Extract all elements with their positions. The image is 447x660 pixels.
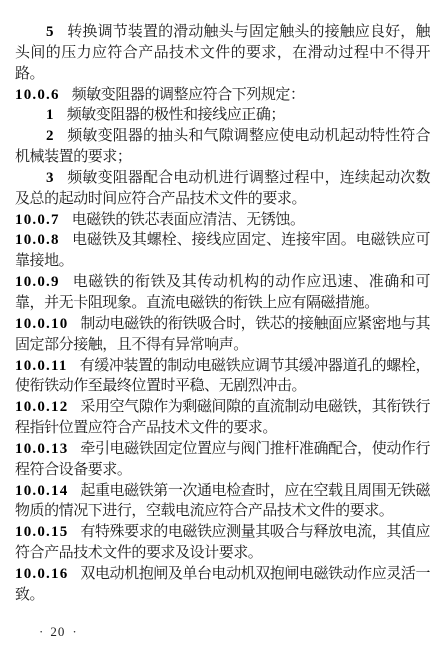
paragraph-item-2: 2频敏变阻器的抽头和气隙调整应使电动机起动特性符合机械装置的要求； xyxy=(15,126,430,168)
clause-number: 10.0.6 xyxy=(15,87,60,103)
paragraph-clause-10-0-9: 10.0.9电磁铁的衔铁及其传动机构的动作应迅速、准确和可靠，并无卡阻现象。直流… xyxy=(15,272,430,314)
clause-text: 制动电磁铁的衔铁吸合时，铁芯的接触面应紧密地与其固定部分接触，且不得有异常响声。 xyxy=(15,316,430,353)
paragraph-item-5: 5转换调节装置的滑动触头与固定触头的接触应良好，触头间的压力应符合产品技术文件的… xyxy=(15,22,430,85)
clause-text: 双电动机抱闸及单台电动机双抱闸电磁铁动作应灵活一致。 xyxy=(15,566,430,603)
clause-text: 电磁铁的衔铁及其传动机构的动作应迅速、准确和可靠，并无卡阻现象。直流电磁铁的衔铁… xyxy=(15,274,430,311)
subitem-number: 1 xyxy=(46,107,55,123)
paragraph-item-3: 3频敏变阻器配合电动机进行调整过程中，连续起动次数及总的起动时间应符合产品技术文… xyxy=(15,168,430,210)
subitem-number: 5 xyxy=(46,24,55,40)
page-footer: · 20 · xyxy=(39,624,77,640)
clause-number: 10.0.7 xyxy=(15,212,60,228)
clause-text: 电磁铁的铁芯表面应清洁、无锈蚀。 xyxy=(72,212,305,228)
paragraph-clause-10-0-6: 10.0.6频敏变阻器的调整应符合下列规定： xyxy=(15,85,430,106)
clause-number: 10.0.9 xyxy=(15,274,60,290)
clause-text: 牵引电磁铁固定位置应与阀门推杆准确配合，使动作行程符合设备要求。 xyxy=(15,441,430,478)
paragraph-clause-10-0-8: 10.0.8电磁铁及其螺栓、接线应固定、连接牢固。电磁铁应可靠接地。 xyxy=(15,230,430,272)
clause-number: 10.0.10 xyxy=(15,316,68,332)
paragraph-clause-10-0-15: 10.0.15有特殊要求的电磁铁应测量其吸合与释放电流，其值应符合产品技术文件的… xyxy=(15,522,430,564)
clause-text: 有特殊要求的电磁铁应测量其吸合与释放电流，其值应符合产品技术文件的要求及设计要求… xyxy=(15,524,430,561)
clause-text: 采用空气隙作为剩磁间隙的直流制动电磁铁，其衔铁行程指针位置应符合产品技术文件的要… xyxy=(15,399,430,436)
paragraph-clause-10-0-16: 10.0.16双电动机抱闸及单台电动机双抱闸电磁铁动作应灵活一致。 xyxy=(15,564,430,606)
clause-number: 10.0.16 xyxy=(15,566,68,582)
clause-number: 10.0.11 xyxy=(15,358,68,374)
paragraph-clause-10-0-12: 10.0.12采用空气隙作为剩磁间隙的直流制动电磁铁，其衔铁行程指针位置应符合产… xyxy=(15,397,430,439)
clause-number: 10.0.8 xyxy=(15,232,60,248)
paragraph-clause-10-0-10: 10.0.10制动电磁铁的衔铁吸合时，铁芯的接触面应紧密地与其固定部分接触，且不… xyxy=(15,314,430,356)
subitem-text: 频敏变阻器配合电动机进行调整过程中，连续起动次数及总的起动时间应符合产品技术文件… xyxy=(15,170,430,207)
clause-text: 有缓冲装置的制动电磁铁应调节其缓冲器道孔的螺栓，使衔铁动作至最终位置时平稳、无剧… xyxy=(15,358,430,395)
footer-right-dot: · xyxy=(72,624,76,640)
subitem-text: 频敏变阻器的抽头和气隙调整应使电动机起动特性符合机械装置的要求； xyxy=(15,128,430,165)
clause-number: 10.0.13 xyxy=(15,441,68,457)
clause-number: 10.0.15 xyxy=(15,524,68,540)
subitem-text: 频敏变阻器的极性和接线应正确； xyxy=(67,107,285,123)
clause-number: 10.0.12 xyxy=(15,399,68,415)
page-number: 20 xyxy=(50,624,65,640)
document-page: 5转换调节装置的滑动触头与固定触头的接触应良好，触头间的压力应符合产品技术文件的… xyxy=(0,0,447,660)
paragraph-clause-10-0-13: 10.0.13牵引电磁铁固定位置应与阀门推杆准确配合，使动作行程符合设备要求。 xyxy=(15,439,430,481)
clause-text: 电磁铁及其螺栓、接线应固定、连接牢固。电磁铁应可靠接地。 xyxy=(15,232,430,269)
clause-text: 频敏变阻器的调整应符合下列规定： xyxy=(72,87,305,103)
subitem-number: 2 xyxy=(46,128,55,144)
subitem-number: 3 xyxy=(46,170,55,186)
paragraph-clause-10-0-14: 10.0.14起重电磁铁第一次通电检查时，应在空载且周围无铁磁物质的情况下进行，… xyxy=(15,481,430,523)
clause-text: 起重电磁铁第一次通电检查时，应在空载且周围无铁磁物质的情况下进行，空载电流应符合… xyxy=(15,483,430,520)
footer-left-dot: · xyxy=(39,624,43,640)
text-block: 5转换调节装置的滑动触头与固定触头的接触应良好，触头间的压力应符合产品技术文件的… xyxy=(15,22,430,606)
paragraph-item-1: 1频敏变阻器的极性和接线应正确； xyxy=(15,105,430,126)
paragraph-clause-10-0-11: 10.0.11有缓冲装置的制动电磁铁应调节其缓冲器道孔的螺栓，使衔铁动作至最终位… xyxy=(15,356,430,398)
clause-number: 10.0.14 xyxy=(15,483,68,499)
paragraph-clause-10-0-7: 10.0.7电磁铁的铁芯表面应清洁、无锈蚀。 xyxy=(15,210,430,231)
subitem-text: 转换调节装置的滑动触头与固定触头的接触应良好，触头间的压力应符合产品技术文件的要… xyxy=(15,24,430,82)
